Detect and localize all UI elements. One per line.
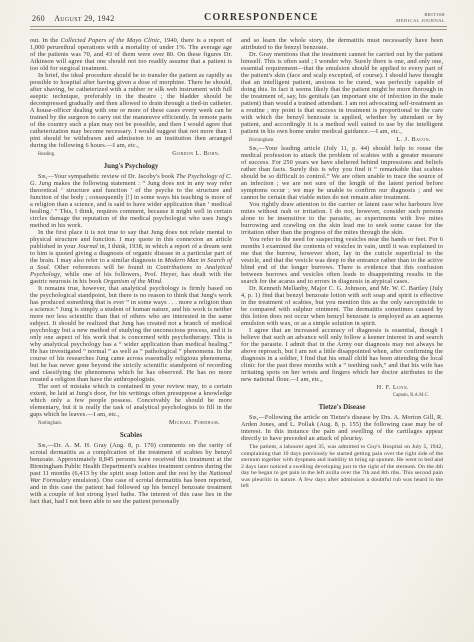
signature-place: Reading. [30,152,55,157]
paragraph: The patient, a labourer aged 35, was adm… [241,444,443,489]
paragraph: Sir,—Dr. A. M. H. Gray (Aug. 8, p. 170) … [30,442,232,505]
smallcaps-text: Sir [249,414,257,421]
section-heading: Jung's Psychology [30,162,232,170]
smallcaps-text: Sir [38,442,46,449]
signature-name: Michael Fordham. [169,419,232,426]
section-heading: Tietze's Disease [241,403,443,411]
body-text: makes the following statement : “ Jung d… [30,180,232,229]
body-text: ,—Your sympathetic review of Dr. Jacoby'… [46,173,176,180]
signature-rank: Captain, R.A.M.C. [241,393,443,398]
journal-name: British Medical Journal [396,12,445,23]
page-header: 260 August 29, 1942 CORRESPONDENCE Briti… [30,12,447,23]
journal-name-line2: Medical Journal [396,18,445,24]
paragraph: I agree that an increased accuracy of di… [241,327,443,383]
paragraph: The sort of mistake which is contained i… [30,383,232,418]
body-text: . [161,278,163,285]
paragraph: You rightly draw attention to the carrie… [241,201,443,236]
section-heading: Scabies [30,431,232,439]
page-header-left: 260 August 29, 1942 [32,14,115,23]
body-text: and so learn the whole story, the dermat… [241,37,443,51]
body-text: You refer to the need for suspecting ves… [241,236,443,285]
paragraph: Sir,—Your sympathetic review of Dr. Jaco… [30,173,232,229]
text-columns: out. In the Collected Papers of the Mayo… [30,37,447,505]
paragraph: out. In the Collected Papers of the Mayo… [30,37,232,72]
page-title: CORRESPONDENCE [204,12,319,23]
header-rule [30,26,447,30]
paragraph: It remains true, however, that analytica… [30,285,232,383]
letter-signature: Birmingham.L. J. Bacon. [241,136,443,143]
paragraph: and so learn the whole story, the dermat… [241,37,443,51]
body-text: The patient, a labourer aged 35, was adm… [241,444,443,488]
italic-text: Journal [78,243,98,250]
body-text: ,—Dr. A. M. H. Gray (Aug. 8, p. 170) com… [30,442,232,477]
paragraph: You refer to the need for suspecting ves… [241,236,443,285]
body-text: It remains true, however, that analytica… [30,285,232,383]
body-text: Dr. Kenneth Mellanby, Major C. G. Johnso… [241,285,443,327]
right-column: and so learn the whole story, the dermat… [241,37,443,505]
body-text: In brief, the ideal procedure should be … [30,72,232,149]
signature-name: Gordon L. Bohn. [172,150,232,157]
signature-place: Birmingham. [241,138,274,143]
paragraph: Sir,—Your leading article (July 11, p. 4… [241,145,443,201]
body-text: ,—Following the article on Tietze's dise… [241,414,443,442]
body-text: ,—Your leading article (July 11, p. 44) … [241,145,443,201]
body-text: out. In the [30,37,61,44]
issue-date: August 29, 1942 [54,14,114,23]
smallcaps-text: Sir [38,173,46,180]
body-text: Dr. Gray mentions that the treatment can… [241,51,443,135]
letter-signature: Nottingham.Michael Fordham. [30,419,232,426]
paragraph: Sir,—Following the article on Tietze's d… [241,414,443,442]
paragraph: In the first place it is not true to say… [30,229,232,285]
paragraph: Dr. Gray mentions that the treatment can… [241,51,443,135]
page-number: 260 [32,14,45,23]
italic-text: Organism of the Mind [103,278,161,285]
paragraph: In brief, the ideal procedure should be … [30,72,232,149]
body-text: I agree that an increased accuracy of di… [241,327,443,383]
body-text: The sort of mistake which is contained i… [30,383,232,418]
signature-name: H. F. Lunn. [377,384,443,391]
paragraph: Dr. Kenneth Mellanby, Major C. G. Johnso… [241,285,443,327]
body-text: You rightly draw attention to the carrie… [241,201,443,236]
left-column: out. In the Collected Papers of the Mayo… [30,37,232,505]
letter-signature: H. F. Lunn. [241,384,443,391]
letter-signature: Reading.Gordon L. Bohn. [30,150,232,157]
smallcaps-text: Sir [249,145,257,152]
signature-place: Nottingham. [30,421,62,426]
italic-text: Collected Papers of the Mayo Clinic [61,37,160,44]
body-text: . Other references will be found in [49,264,156,271]
journal-page: 260 August 29, 1942 CORRESPONDENCE Briti… [0,0,474,642]
signature-name: L. J. Bacon. [396,136,443,143]
